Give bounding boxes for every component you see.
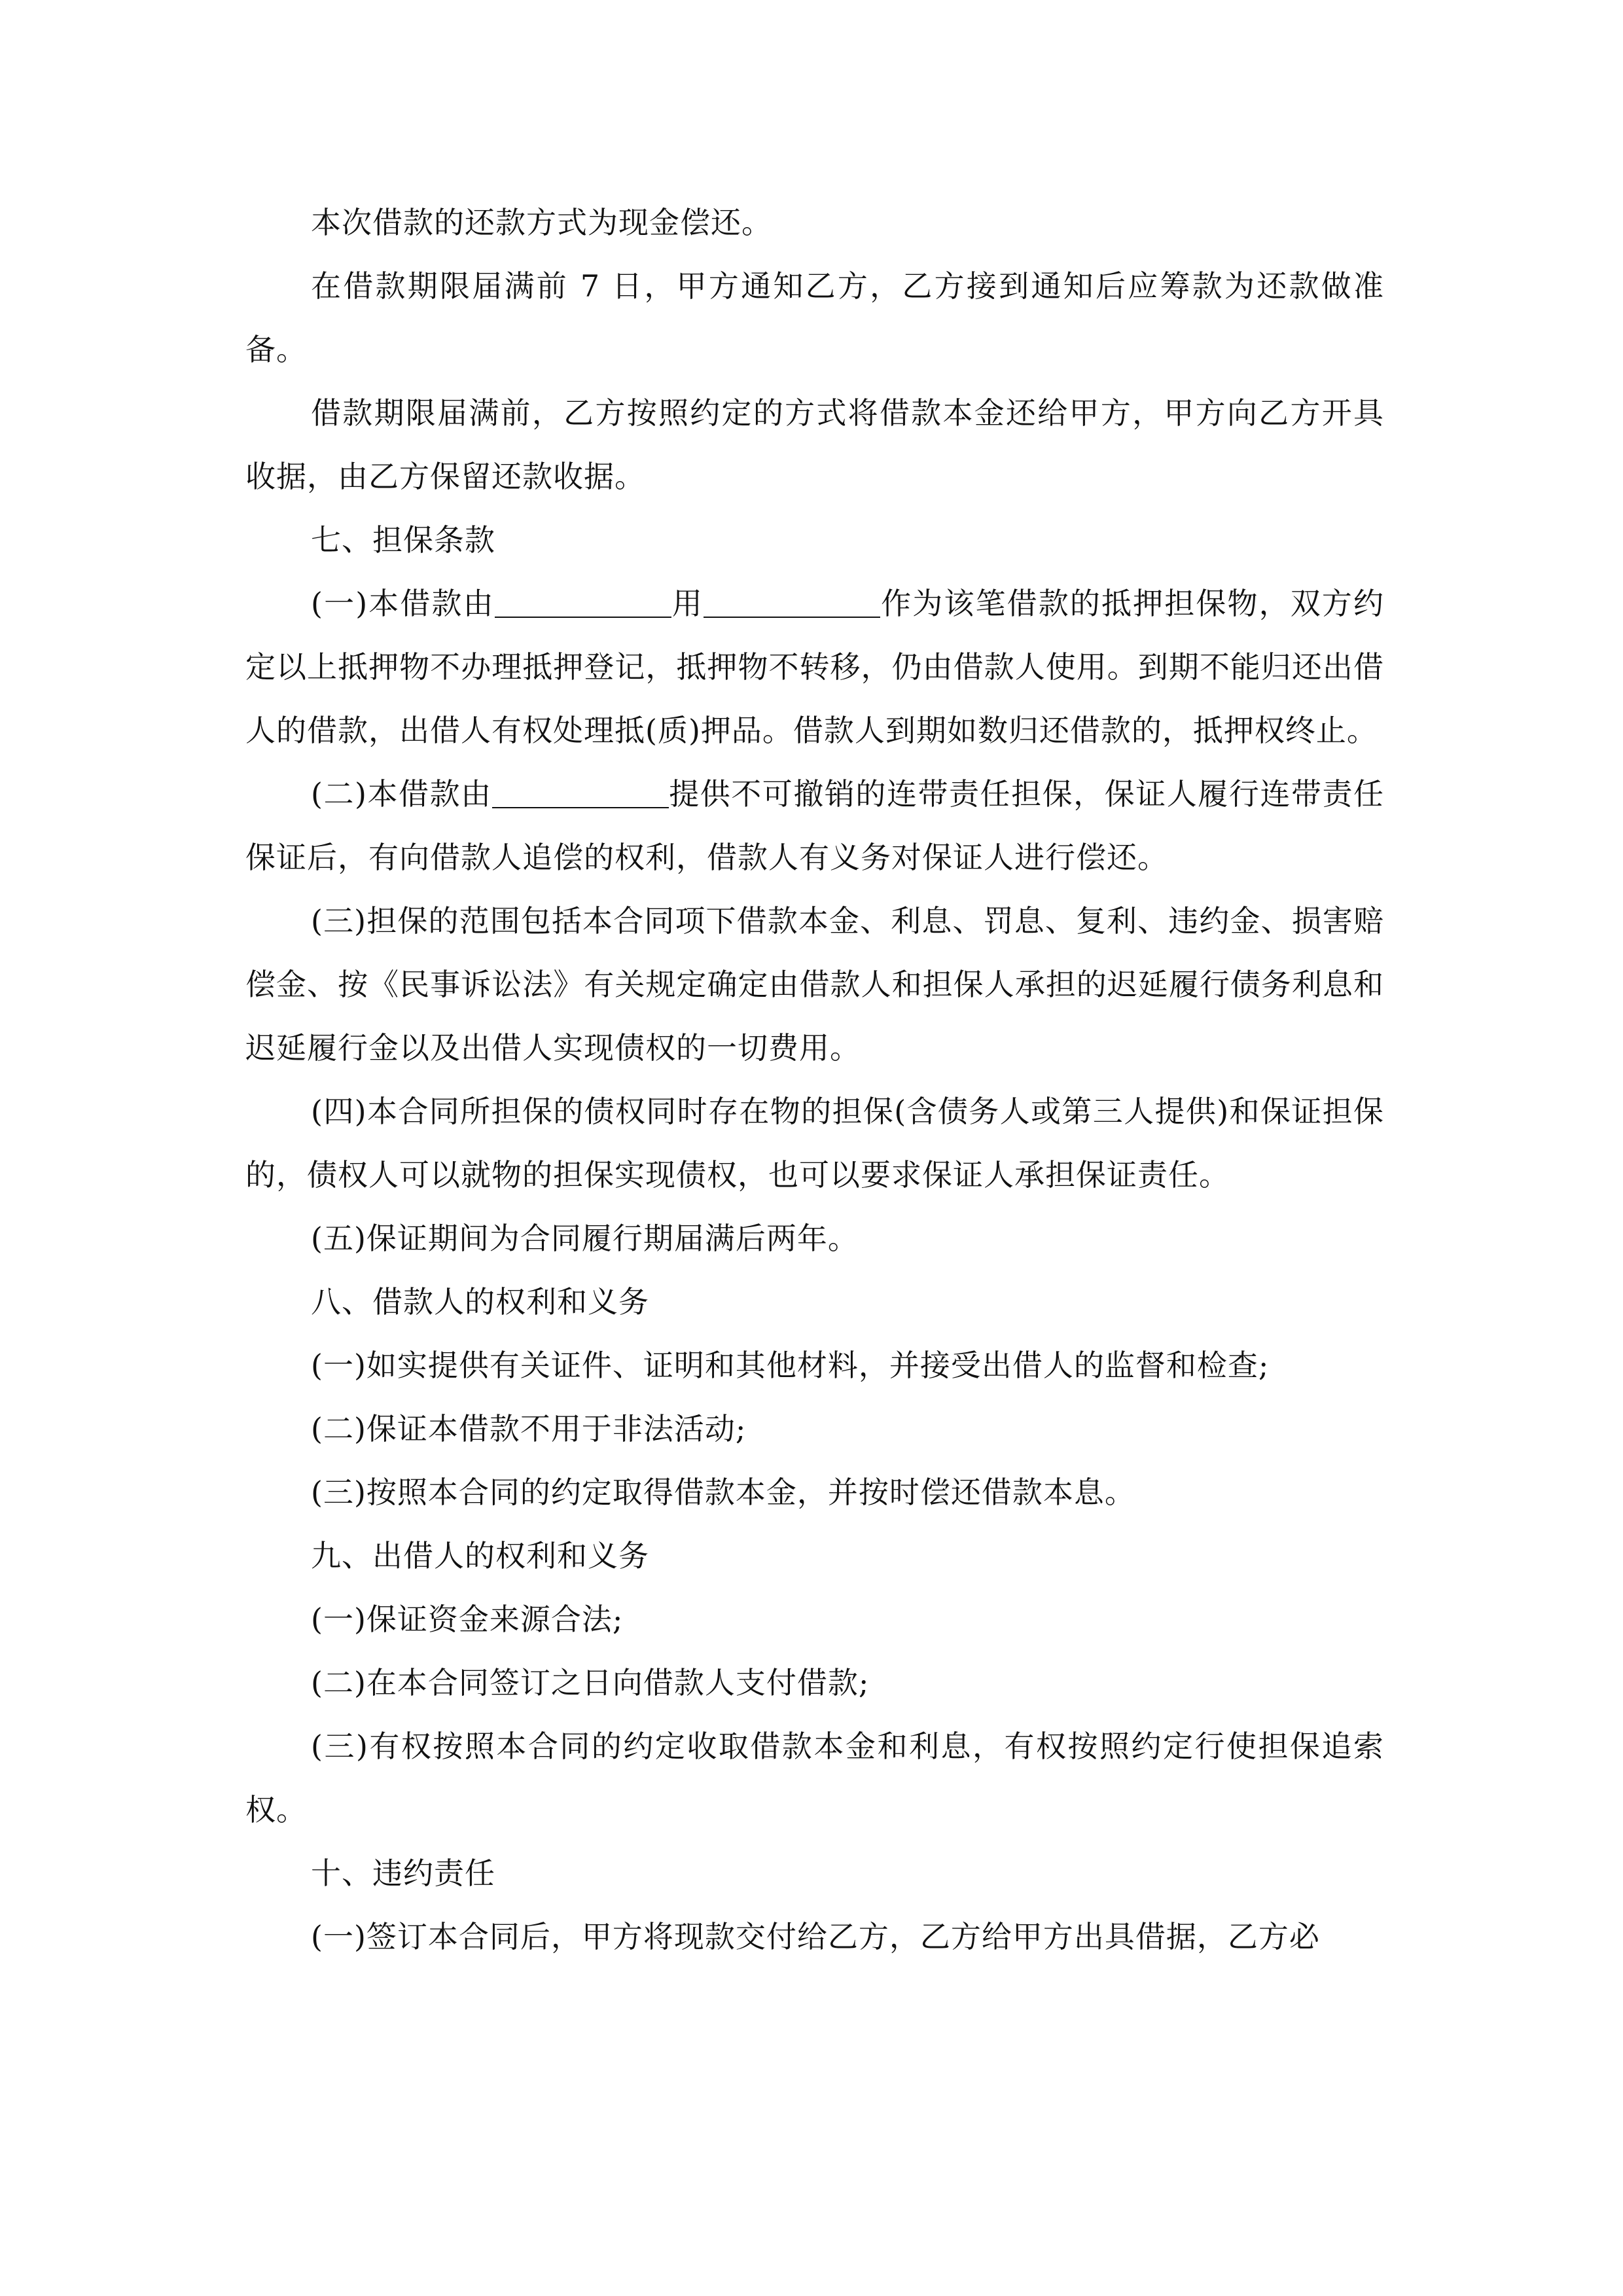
paragraph-guarantee-joint-liability: (二)本借款由提供不可撤销的连带责任担保，保证人履行连带责任保证后，有向借款人追… — [245, 762, 1384, 889]
paragraph-guarantee-mortgage: (一)本借款由用作为该笔借款的抵押担保物，双方约定以上抵押物不办理抵押登记，抵押… — [245, 572, 1384, 762]
paragraph-guarantee-scope: (三)担保的范围包括本合同项下借款本金、利息、罚息、复利、违约金、损害赔偿金、按… — [245, 889, 1384, 1080]
section-heading-lender-rights: 九、出借人的权利和义务 — [245, 1524, 1384, 1588]
paragraph-guarantee-period: (五)保证期间为合同履行期届满后两年。 — [245, 1207, 1384, 1270]
section-heading-breach-liability: 十、违约责任 — [245, 1842, 1384, 1905]
paragraph-breach-1: (一)签订本合同后，甲方将现款交付给乙方，乙方给甲方出具借据，乙方必 — [245, 1905, 1384, 1969]
fill-in-blank-guarantor[interactable] — [492, 777, 669, 808]
section-heading-guarantee: 七、担保条款 — [245, 509, 1384, 572]
paragraph-lender-duty-2: (二)在本合同签订之日向借款人支付借款; — [245, 1651, 1384, 1715]
section-heading-borrower-rights: 八、借款人的权利和义务 — [245, 1270, 1384, 1334]
text-segment: (二)本借款由 — [311, 776, 492, 812]
paragraph-lender-duty-3: (三)有权按照本合同的约定收取借款本金和利息，有权按照约定行使担保追索权。 — [245, 1715, 1384, 1842]
paragraph-borrower-duty-2: (二)保证本借款不用于非法活动; — [245, 1397, 1384, 1461]
paragraph-borrower-duty-1: (一)如实提供有关证件、证明和其他材料，并接受出借人的监督和检查; — [245, 1334, 1384, 1397]
fill-in-blank-mortgagor[interactable] — [495, 586, 671, 618]
fill-in-blank-collateral[interactable] — [704, 586, 880, 618]
paragraph-repayment-method: 本次借款的还款方式为现金偿还。 — [245, 191, 1384, 255]
paragraph-repayment-receipt: 借款期限届满前，乙方按照约定的方式将借款本金还给甲方，甲方向乙方开具收据，由乙方… — [245, 382, 1384, 509]
text-segment: (一)本借款由 — [311, 586, 495, 621]
document-page: 本次借款的还款方式为现金偿还。 在借款期限届满前 7 日，甲方通知乙方，乙方接到… — [245, 191, 1384, 1969]
paragraph-repayment-notice: 在借款期限届满前 7 日，甲方通知乙方，乙方接到通知后应筹款为还款做准备。 — [245, 255, 1384, 382]
paragraph-borrower-duty-3: (三)按照本合同的约定取得借款本金，并按时偿还借款本息。 — [245, 1461, 1384, 1524]
text-segment: 用 — [671, 586, 704, 621]
paragraph-guarantee-coexisting: (四)本合同所担保的债权同时存在物的担保(含债务人或第三人提供)和保证担保的，债… — [245, 1080, 1384, 1207]
paragraph-lender-duty-1: (一)保证资金来源合法; — [245, 1588, 1384, 1651]
